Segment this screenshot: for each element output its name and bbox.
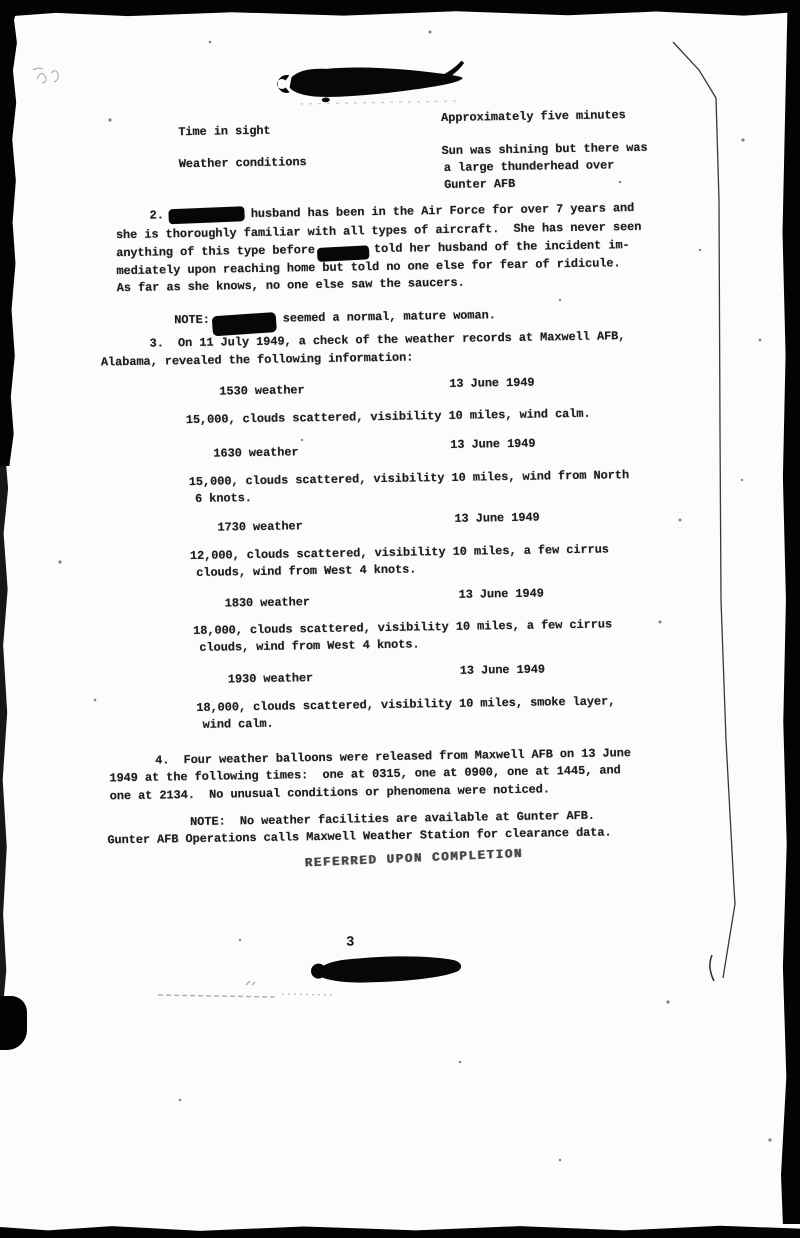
field-value-weather-line2: a large thunderhead over (444, 158, 615, 176)
weather-time-label: 1530 weather (219, 383, 304, 399)
redaction-bar-name-1 (169, 206, 246, 224)
note-1-prefix: NOTE: (174, 312, 210, 328)
paragraph-2-line-3-text-a: anything of this type before (116, 243, 315, 261)
redaction-mark-footer (311, 955, 462, 983)
scan-blotch-bottom-left (0, 996, 27, 1050)
weather-date: 13 June 1949 (450, 437, 535, 453)
weather-date: 13 June 1949 (449, 376, 534, 392)
typewritten-content: Time in sight Approximately five minutes… (0, 0, 800, 1238)
weather-time-label: 1630 weather (213, 445, 298, 461)
weather-detail: wind calm. (202, 717, 273, 733)
page-number: 3 (346, 935, 355, 951)
field-value-time-in-sight: Approximately five minutes (441, 108, 626, 126)
weather-time-label: 1930 weather (228, 671, 313, 687)
field-label-weather-conditions: Weather conditions (179, 155, 307, 172)
scanned-document-page: Time in sight Approximately five minutes… (0, 0, 800, 1238)
redaction-layer (0, 0, 800, 1238)
redaction-mark-header (277, 61, 465, 103)
weather-time-label: 1730 weather (217, 519, 302, 535)
weather-time-label: 1830 weather (225, 595, 310, 611)
redaction-bar-name-2 (317, 245, 370, 262)
paragraph-2-number: 2. (149, 208, 163, 223)
weather-date: 13 June 1949 (460, 662, 545, 678)
field-value-weather-line3: Gunter AFB (444, 177, 515, 193)
weather-date: 13 June 1949 (454, 511, 539, 527)
weather-date: 13 June 1949 (458, 587, 543, 603)
weather-detail: 6 knots. (195, 491, 252, 507)
field-label-time-in-sight: Time in sight (178, 124, 271, 140)
note-1-text: seemed a normal, mature woman. (283, 308, 496, 326)
